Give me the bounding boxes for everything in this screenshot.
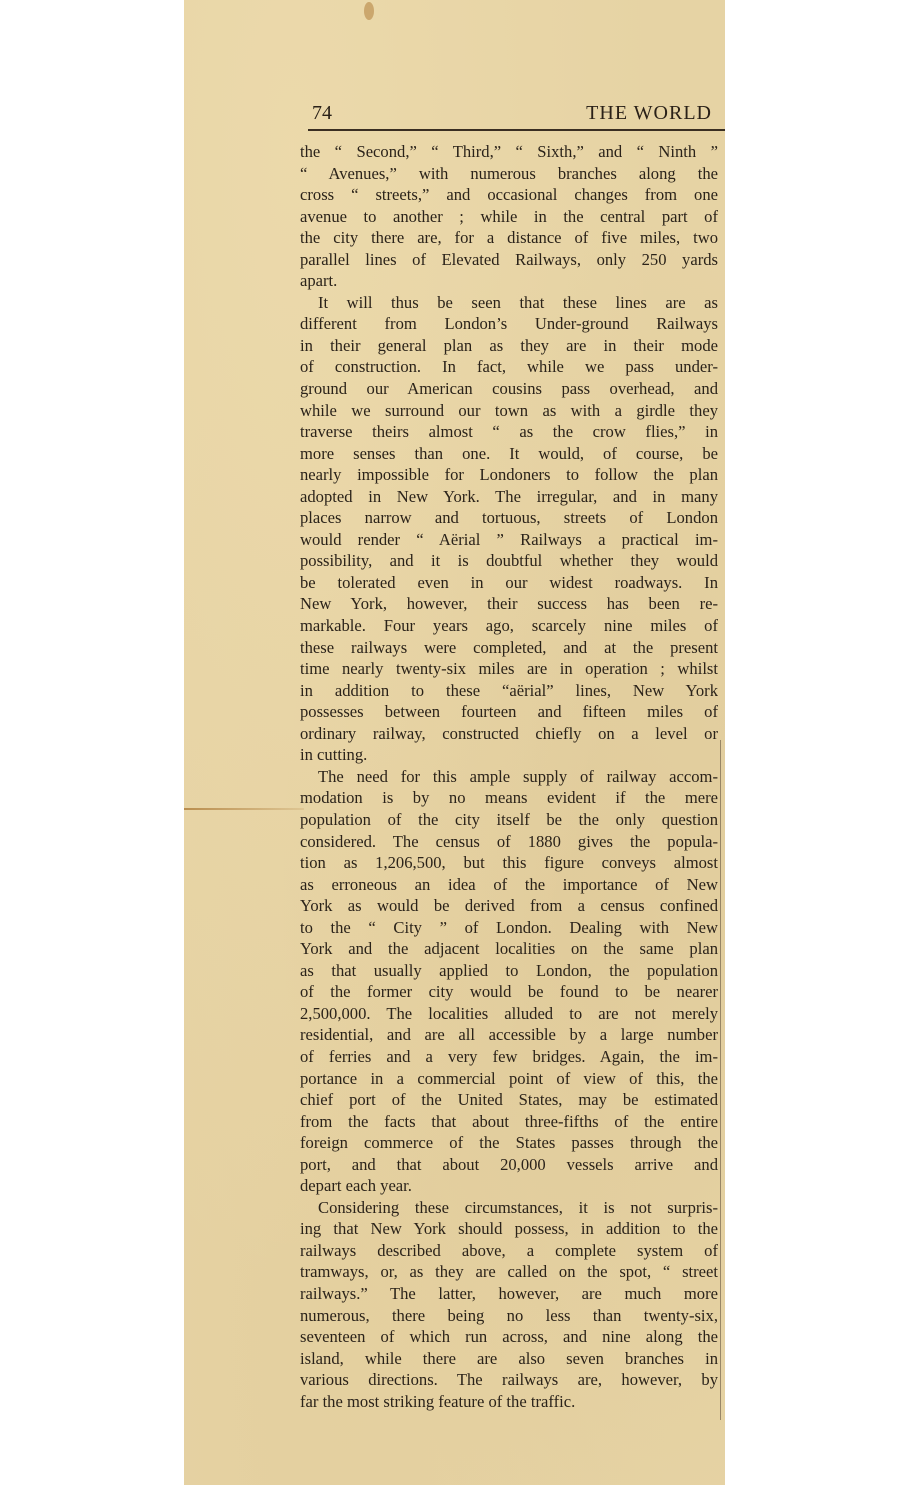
margin-line: [720, 740, 721, 1420]
text-line: 2,500,000. The localities alluded to are…: [300, 1003, 718, 1025]
page-header: 74 THE WORLD: [312, 100, 725, 126]
text-line: in their general plan as they are in the…: [300, 335, 718, 357]
scanned-page: 74 THE WORLD the “ Second,” “ Third,” “ …: [184, 0, 725, 1485]
text-line: port, and that about 20,000 vessels arri…: [300, 1154, 718, 1176]
text-line: cross “ streets,” and occasional changes…: [300, 184, 718, 206]
header-rule: [308, 129, 725, 131]
text-line: be tolerated even in our widest roadways…: [300, 572, 718, 594]
text-line: “ Avenues,” with numerous branches along…: [300, 163, 718, 185]
text-line: York and the adjacent localities on the …: [300, 938, 718, 960]
text-line: traverse theirs almost “ as the crow fli…: [300, 421, 718, 443]
text-line: to the “ City ” of London. Dealing with …: [300, 917, 718, 939]
text-line: while we surround our town as with a gir…: [300, 400, 718, 422]
text-line: depart each year.: [300, 1175, 718, 1197]
text-line: population of the city itself be the onl…: [300, 809, 718, 831]
text-line: different from London’s Under-ground Rai…: [300, 313, 718, 335]
text-line: as that usually applied to London, the p…: [300, 960, 718, 982]
text-line: from the facts that about three-fifths o…: [300, 1111, 718, 1133]
text-line: places narrow and tortuous, streets of L…: [300, 507, 718, 529]
text-line: residential, and are all accessible by a…: [300, 1024, 718, 1046]
text-line: modation is by no means evident if the m…: [300, 787, 718, 809]
ink-stain: [364, 2, 374, 20]
text-line: apart.: [300, 270, 718, 292]
text-line: tion as 1,206,500, but this figure conve…: [300, 852, 718, 874]
paragraph: It will thus be seen that these lines ar…: [300, 292, 718, 766]
paper-crease: [184, 808, 304, 810]
text-line: various directions. The railways are, ho…: [300, 1369, 718, 1391]
text-line: these railways were completed, and at th…: [300, 637, 718, 659]
text-line: possibility, and it is doubtful whether …: [300, 550, 718, 572]
text-line: in cutting.: [300, 744, 718, 766]
text-line: foreign commerce of the States passes th…: [300, 1132, 718, 1154]
text-line: time nearly twenty-six miles are in oper…: [300, 658, 718, 680]
text-line: considered. The census of 1880 gives the…: [300, 831, 718, 853]
text-line: railways.” The latter, however, are much…: [300, 1283, 718, 1305]
paragraph: Considering these circumstances, it is n…: [300, 1197, 718, 1412]
running-head: THE WORLD: [586, 100, 712, 126]
text-line: of the former city would be found to be …: [300, 981, 718, 1003]
text-line: New York, however, their success has bee…: [300, 593, 718, 615]
text-line: in addition to these “aërial” lines, New…: [300, 680, 718, 702]
text-line: nearly impossible for Londoners to follo…: [300, 464, 718, 486]
text-line: more senses than one. It would, of cours…: [300, 443, 718, 465]
paragraph: The need for this ample supply of railwa…: [300, 766, 718, 1197]
text-line: numerous, there being no less than twent…: [300, 1305, 718, 1327]
text-line: chief port of the United States, may be …: [300, 1089, 718, 1111]
text-line: seventeen of which run across, and nine …: [300, 1326, 718, 1348]
text-line: as erroneous an idea of the importance o…: [300, 874, 718, 896]
text-line: parallel lines of Elevated Railways, onl…: [300, 249, 718, 271]
text-line: railways described above, a complete sys…: [300, 1240, 718, 1262]
article-body: the “ Second,” “ Third,” “ Sixth,” and “…: [300, 141, 718, 1412]
text-line: ground our American cousins pass overhea…: [300, 378, 718, 400]
text-line: The need for this ample supply of railwa…: [300, 766, 718, 788]
paragraph: the “ Second,” “ Third,” “ Sixth,” and “…: [300, 141, 718, 292]
text-line: ing that New York should possess, in add…: [300, 1218, 718, 1240]
text-line: would render “ Aërial ” Railways a pract…: [300, 529, 718, 551]
text-line: It will thus be seen that these lines ar…: [300, 292, 718, 314]
text-line: Considering these circumstances, it is n…: [300, 1197, 718, 1219]
text-line: avenue to another ; while in the central…: [300, 206, 718, 228]
text-line: York as would be derived from a census c…: [300, 895, 718, 917]
text-line: far the most striking feature of the tra…: [300, 1391, 718, 1413]
text-line: the city there are, for a distance of fi…: [300, 227, 718, 249]
text-line: of ferries and a very few bridges. Again…: [300, 1046, 718, 1068]
text-line: markable. Four years ago, scarcely nine …: [300, 615, 718, 637]
text-line: island, while there are also seven branc…: [300, 1348, 718, 1370]
text-line: possesses between fourteen and fifteen m…: [300, 701, 718, 723]
page-number: 74: [312, 100, 332, 126]
text-line: portance in a commercial point of view o…: [300, 1068, 718, 1090]
text-line: adopted in New York. The irregular, and …: [300, 486, 718, 508]
text-line: the “ Second,” “ Third,” “ Sixth,” and “…: [300, 141, 718, 163]
text-line: of construction. In fact, while we pass …: [300, 356, 718, 378]
text-line: tramways, or, as they are called on the …: [300, 1261, 718, 1283]
text-line: ordinary railway, constructed chiefly on…: [300, 723, 718, 745]
